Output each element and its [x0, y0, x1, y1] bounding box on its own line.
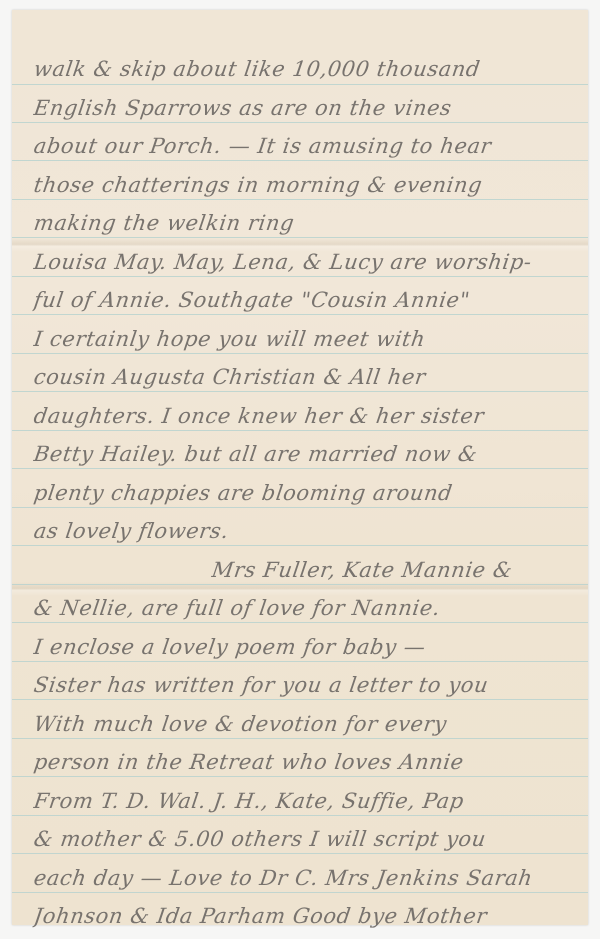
handwritten-line: those chatterings in morning & evening [32, 173, 577, 197]
handwritten-line: Louisa May. May, Lena, & Lucy are worshi… [32, 250, 577, 274]
handwritten-line: making the welkin ring [32, 211, 577, 235]
ruled-line [12, 815, 588, 816]
ruled-line [12, 661, 588, 662]
handwritten-line: Betty Hailey. but all are married now & [32, 442, 577, 466]
ruled-line [12, 738, 588, 739]
handwritten-line: ful of Annie. Southgate "Cousin Annie" [32, 288, 577, 312]
handwritten-line: cousin Augusta Christian & All her [32, 365, 577, 389]
ruled-line [12, 699, 588, 700]
ruled-line [12, 160, 588, 161]
ruled-line [12, 545, 588, 546]
ruled-line [12, 391, 588, 392]
handwritten-line: I certainly hope you will meet with [32, 327, 577, 351]
ruled-line [12, 276, 588, 277]
ruled-line [12, 314, 588, 315]
handwritten-line: & mother & 5.00 others I will script you [32, 827, 577, 851]
ruled-line [12, 853, 588, 854]
handwritten-line: With much love & devotion for every [32, 712, 577, 736]
handwritten-line: person in the Retreat who loves Annie [32, 750, 577, 774]
ruled-line [12, 84, 588, 85]
handwritten-line: I enclose a lovely poem for baby — [32, 635, 577, 659]
ruled-line [12, 199, 588, 200]
handwritten-line: Johnson & Ida Parham Good bye Mother [32, 904, 577, 928]
handwritten-line: walk & skip about like 10,000 thousand [32, 57, 577, 81]
ruled-line [12, 353, 588, 354]
ruled-line [12, 584, 588, 585]
ruled-line [12, 622, 588, 623]
ruled-line [12, 430, 588, 431]
ruled-line [12, 507, 588, 508]
handwritten-line: & Nellie, are full of love for Nannie. [32, 596, 577, 620]
ruled-line [12, 468, 588, 469]
handwritten-line: Mrs Fuller, Kate Mannie & [210, 558, 577, 582]
handwritten-line: daughters. I once knew her & her sister [32, 404, 577, 428]
handwritten-line: each day — Love to Dr C. Mrs Jenkins Sar… [32, 866, 577, 890]
handwritten-line: about our Porch. — It is amusing to hear [32, 134, 577, 158]
handwritten-line: From T. D. Wal. J. H., Kate, Suffie, Pap [32, 789, 577, 813]
ruled-line [12, 122, 588, 123]
ruled-line [12, 892, 588, 893]
handwritten-line: as lovely flowers. [32, 519, 577, 543]
handwritten-line: Sister has written for you a letter to y… [32, 673, 577, 697]
handwritten-line: plenty chappies are blooming around [32, 481, 577, 505]
ruled-line [12, 776, 588, 777]
ruled-line [12, 237, 588, 238]
letter-page: walk & skip about like 10,000 thousand E… [12, 10, 588, 925]
handwritten-line: English Sparrows as are on the vines [32, 96, 577, 120]
